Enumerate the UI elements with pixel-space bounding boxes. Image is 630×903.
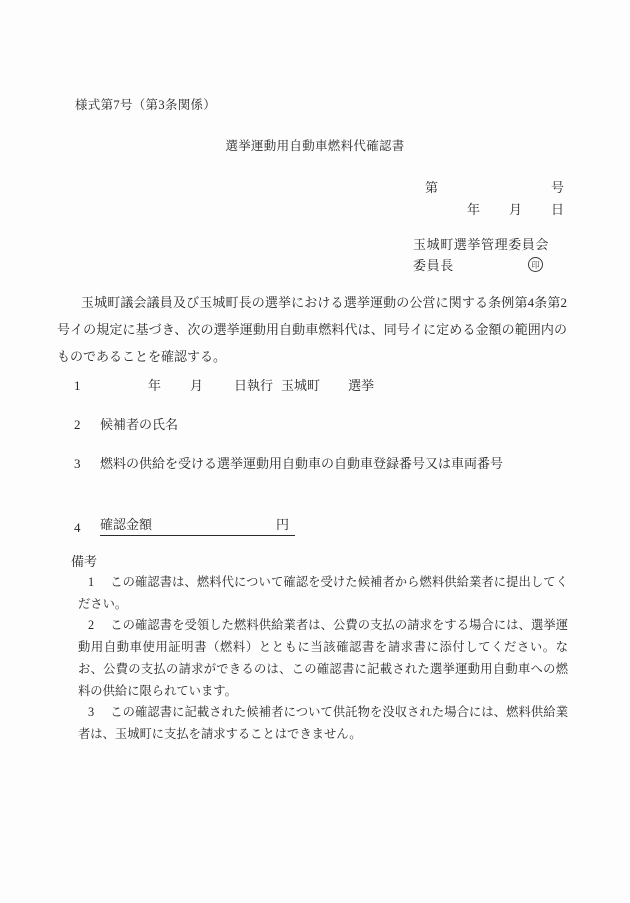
date-year-label: 年	[467, 199, 480, 218]
form-number: 様式第7号（第3条関係）	[75, 95, 216, 113]
item-number: 4	[74, 520, 100, 536]
amount-underline-field: 確認金額円	[100, 514, 295, 536]
candidate-name-label: 候補者の氏名	[100, 417, 178, 432]
document-title: 選挙運動用自動車燃料代確認書	[0, 136, 630, 154]
remark-item: 3この確認書に記載された候補者について供託物を没収された場合には、燃料供給業者は…	[78, 702, 568, 745]
item-confirmed-amount: 4確認金額円	[74, 514, 295, 536]
confirmation-paragraph: 玉城町議会議員及び玉城町長の選挙における選挙運動の公営に関する条例第4条第2号イ…	[57, 289, 567, 370]
committee-name: 玉城町選挙管理委員会	[413, 234, 549, 253]
document-number-line: 第 号	[425, 177, 564, 196]
item-vehicle-number: 3燃料の供給を受ける選挙運動用自動車の自動車登録番号又は車両番号	[74, 453, 503, 472]
issue-date-line: 年 月 日	[467, 199, 564, 218]
amount-label: 確認金額	[100, 514, 152, 533]
item-number: 1	[74, 378, 100, 394]
election-town-label: 玉城町	[281, 378, 320, 393]
item-number: 3	[74, 456, 100, 472]
amount-unit-label: 円	[276, 514, 289, 533]
document-number-prefix: 第	[425, 177, 438, 196]
remark-item: 2この確認書を受領した燃料供給業者は、公費の支払の請求をする場合には、選挙運動用…	[78, 615, 568, 702]
remarks-list: 1この確認書は、燃料代について確認を受けた候補者から燃料供給業者に提出してくださ…	[78, 572, 568, 746]
election-year-label: 年	[148, 378, 161, 393]
remark-text: この確認書に記載された候補者について供託物を没収された場合には、燃料供給業者は、…	[78, 705, 568, 741]
seal-character: 印	[531, 259, 540, 271]
document-number-suffix: 号	[551, 177, 564, 196]
election-month-label: 月	[190, 378, 203, 393]
item-election-date: 1年月日執行玉城町選挙	[74, 375, 374, 394]
remark-item: 1この確認書は、燃料代について確認を受けた候補者から燃料供給業者に提出してくださ…	[78, 572, 568, 615]
chairman-line: 委員長 印	[413, 255, 543, 274]
seal-stamp-icon: 印	[528, 257, 543, 272]
date-month-label: 月	[509, 199, 522, 218]
document-page: 様式第7号（第3条関係） 選挙運動用自動車燃料代確認書 第 号 年 月 日 玉城…	[0, 0, 630, 903]
chairman-label: 委員長	[413, 255, 454, 274]
date-day-label: 日	[551, 199, 564, 218]
remark-number: 2	[88, 615, 94, 637]
election-type-label: 選挙	[348, 378, 374, 393]
vehicle-number-label: 燃料の供給を受ける選挙運動用自動車の自動車登録番号又は車両番号	[100, 456, 503, 471]
item-number: 2	[74, 417, 100, 433]
remark-text: この確認書は、燃料代について確認を受けた候補者から燃料供給業者に提出してください…	[78, 575, 568, 611]
item-candidate-name: 2候補者の氏名	[74, 414, 178, 433]
remark-number: 1	[88, 572, 94, 594]
election-exec-label: 日執行	[234, 378, 273, 393]
remarks-heading: 備考	[71, 551, 97, 570]
remark-text: この確認書を受領した燃料供給業者は、公費の支払の請求をする場合には、選挙運動用自…	[78, 618, 568, 697]
remark-number: 3	[88, 702, 94, 724]
